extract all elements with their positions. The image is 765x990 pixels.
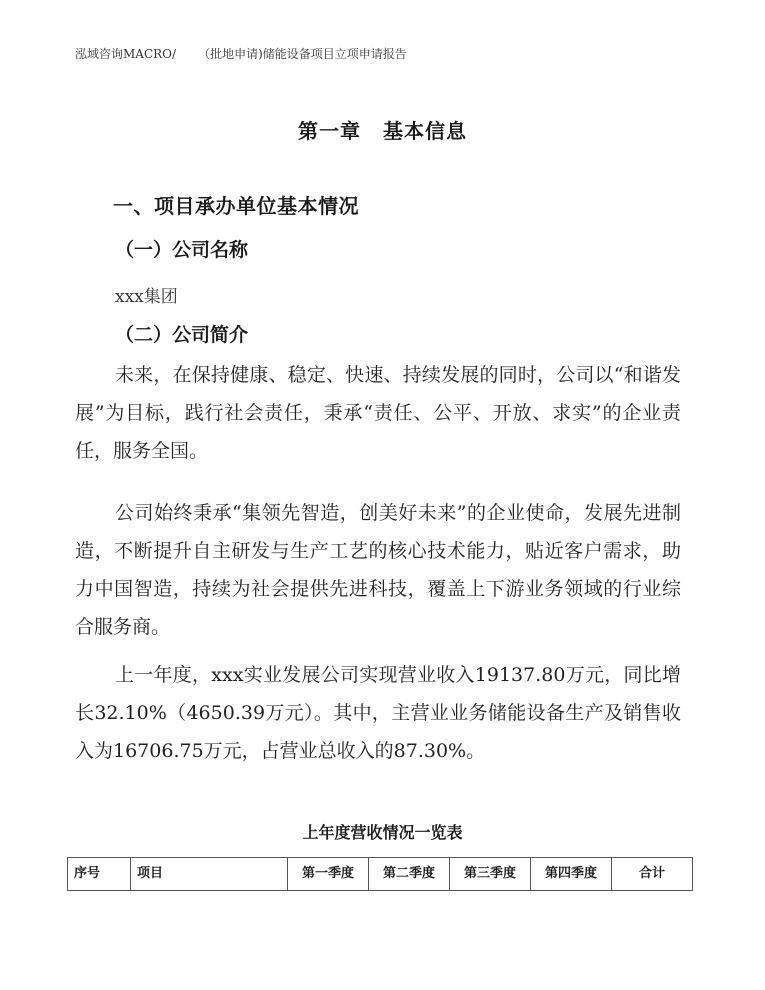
chapter-number: 第一章: [298, 119, 361, 143]
col-header-no: 序号: [68, 858, 131, 891]
paragraph-mission: 未来，在保持健康、稳定、快速、持续发展的同时，公司以“和谐发展”为目标，践行社会…: [75, 356, 681, 470]
page-header: 泓域咨询MACRO/（批地申请)储能设备项目立项申请报告: [75, 45, 407, 62]
subsection-heading-company-intro: （二）公司简介: [115, 320, 248, 347]
col-header-q1: 第一季度: [288, 858, 369, 891]
paragraph-vision: 公司始终秉承“集领先智造，创美好未来”的企业使命，发展先进制造，不断提升自主研发…: [75, 494, 681, 646]
col-header-q2: 第二季度: [369, 858, 450, 891]
col-header-q4: 第四季度: [531, 858, 612, 891]
table-title: 上年度营收情况一览表: [0, 820, 765, 843]
header-left: 泓域咨询MACRO/: [75, 47, 176, 61]
company-name: xxx集团: [115, 282, 178, 307]
col-header-q3: 第三季度: [450, 858, 531, 891]
revenue-table: 序号 项目 第一季度 第二季度 第三季度 第四季度 合计: [67, 857, 693, 891]
paragraph-revenue: 上一年度，xxx实业发展公司实现营业收入19137.80万元，同比增长32.10…: [75, 656, 681, 770]
col-header-total: 合计: [612, 858, 693, 891]
table-header-row: 序号 项目 第一季度 第二季度 第三季度 第四季度 合计: [68, 858, 693, 891]
chapter-title: 第一章基本信息: [0, 115, 765, 144]
section-heading: 一、项目承办单位基本情况: [113, 190, 359, 219]
header-right: （批地申请)储能设备项目立项申请报告: [198, 47, 407, 61]
chapter-name: 基本信息: [383, 119, 467, 143]
subsection-heading-company-name: （一）公司名称: [115, 235, 248, 262]
col-header-item: 项目: [131, 858, 288, 891]
